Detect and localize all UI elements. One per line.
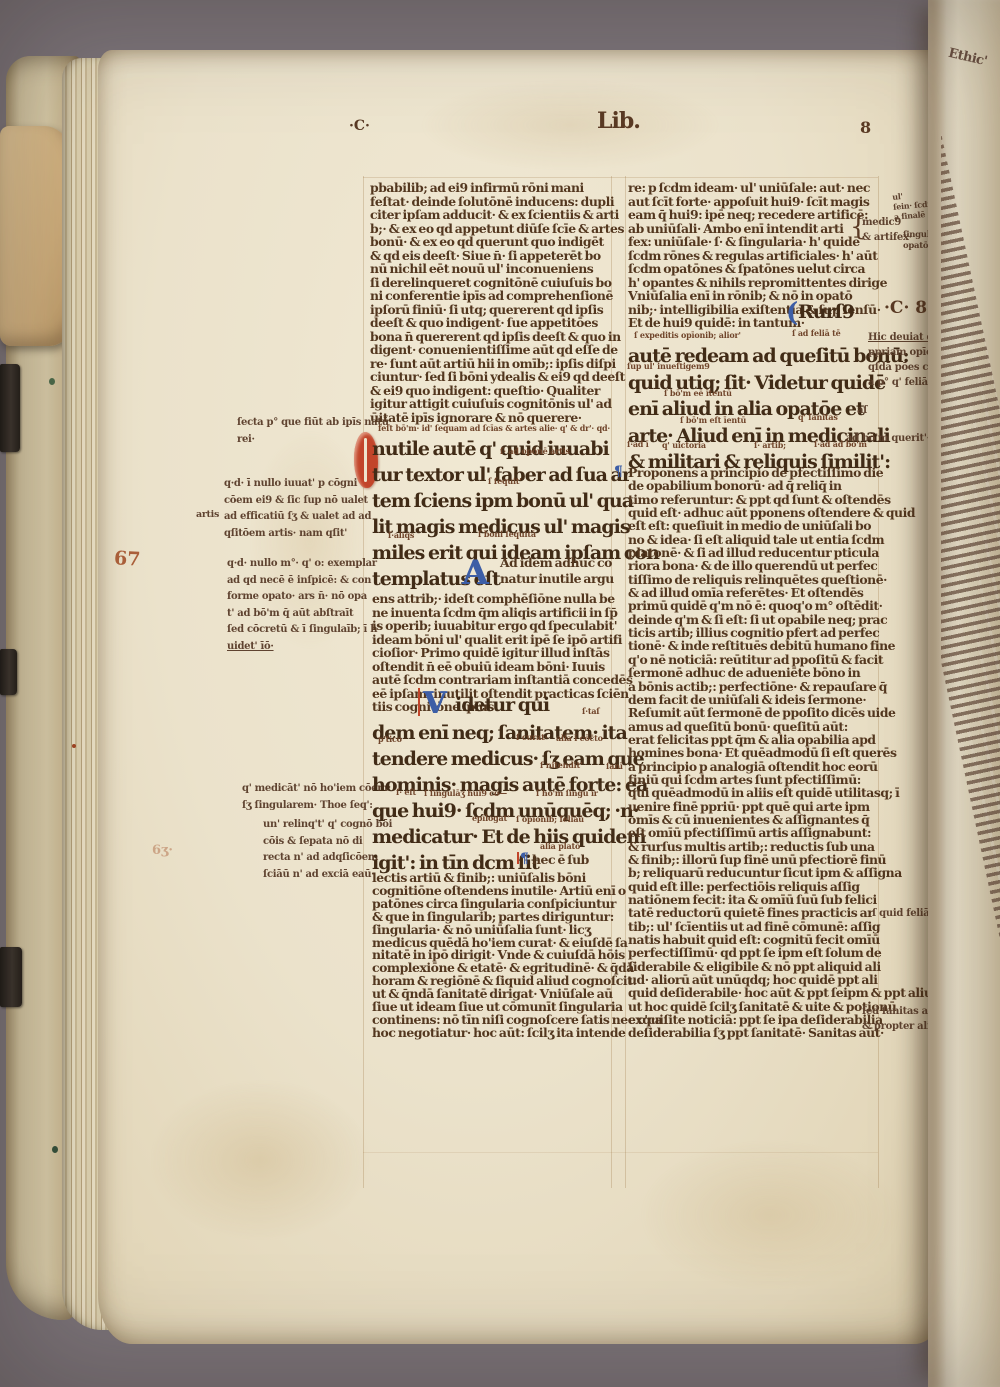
blue-initial-A: A — [462, 553, 488, 593]
binding-clasp — [0, 364, 20, 452]
interlinear-gloss: q' ſanitas — [798, 413, 838, 421]
commentary-block: pbabilib; ad ei9 infirmū rōni manifeſtat… — [370, 181, 616, 424]
interlinear-gloss: ſ ſequit' — [488, 477, 522, 485]
interlinear-gloss: ſ· eſt — [396, 788, 416, 796]
interlinear-gloss: alia platō — [540, 842, 580, 850]
lemma-first-line: idetur qui — [455, 692, 549, 718]
interlinear-gloss: epīlogat' — [472, 814, 509, 822]
margin-note-fragment: aſ — [857, 403, 867, 420]
folio-number: 8 — [860, 118, 871, 137]
ruling-line — [363, 176, 364, 1188]
interlinear-gloss: ſ bōni ſequitā — [478, 530, 536, 538]
header-title: Lib. — [597, 108, 640, 134]
margin-note-sideword: artis — [196, 507, 219, 524]
gutter-shadow — [928, 0, 958, 1387]
interlinear-gloss: ſ·ad ī — [627, 440, 649, 448]
interlinear-gloss: ſ·taſ — [582, 707, 600, 715]
interlinear-gloss: ſ expeditis opīonib; alior' — [634, 331, 741, 339]
interlinear-gloss: ſ· artib; — [754, 441, 786, 449]
interlinear-gloss: ſ bō'm eſt īentū — [680, 416, 746, 424]
ruling-line — [363, 1152, 878, 1153]
margin-note: q·d· ī nullo iuuat' p cōgnicōem ei9 & ſi… — [224, 476, 371, 542]
header-quire-mark: ·C· — [349, 118, 370, 134]
blue-initial-V: V — [423, 686, 446, 721]
margin-numeral: 6ʒ· — [152, 843, 173, 858]
chapter-mark: ·C· 8· — [884, 298, 933, 318]
parchment-stain — [640, 1140, 900, 1290]
binding-clasp — [0, 947, 22, 1007]
commentary-block: Proponens a principio de pfectiſſimo die… — [628, 466, 880, 1040]
interlinear-gloss: q' uictoria — [662, 441, 706, 449]
parchment-stain — [420, 80, 720, 170]
interlinear-gloss: ſ ho'm ſingu īr — [536, 789, 598, 797]
interlinear-gloss: ſ nitendit' — [540, 761, 582, 769]
blue-paraph-mark: ¶ — [614, 464, 623, 480]
manuscript-photo: ·C· Lib. 8 ſecta p° que fiūt ab ipīs nat… — [0, 0, 1000, 1387]
ink-speck — [52, 1146, 58, 1153]
blue-paraph-mark: ¶ — [520, 851, 529, 867]
binding-clasp — [0, 649, 17, 695]
commentary-block: lectis artiū & finib;: uniūſalis bōnicog… — [372, 872, 618, 1040]
commentary-block: Ad idem adhuc conatur inutile argu — [500, 555, 616, 587]
interlinear-gloss: alia ī cōc̄to — [556, 734, 603, 742]
interlinear-gloss: ſ bō'm eē ītentū — [664, 389, 732, 397]
ink-speck — [49, 378, 55, 385]
margin-note: q' medicāt' nō ho'iem cōem:ſʒ ſingularem… — [242, 781, 391, 814]
ruling-line — [363, 177, 878, 178]
interlinear-gloss: ſup ul' inueſtigem9 — [627, 362, 710, 370]
margin-note: ad bō'm querit'· — [846, 431, 930, 448]
interlinear-gloss: ſ curat· — [516, 733, 547, 741]
margin-numeral: 67 — [113, 547, 141, 570]
interlinear-gloss: ſ·aliq̄s — [388, 531, 414, 539]
parchment-stain — [150, 1080, 370, 1240]
interlinear-gloss: ſanī — [606, 762, 623, 770]
interlinear-gloss: feſt bō'm· id' ſequam ad ſcīas & artes a… — [378, 424, 610, 432]
interlinear-gloss: ſ· ad opōnē artis — [500, 447, 570, 455]
commentary-head: hec ē ſub — [532, 853, 589, 867]
ink-speck — [72, 744, 76, 748]
interlinear-gloss: ſ opīonib; feliāū — [516, 815, 584, 823]
lemma-word-rursus: Rurſ9 — [798, 301, 854, 323]
interlinear-gloss: ſ ad feliā tē — [792, 329, 841, 337]
interlinear-gloss: ſ ſingulāʒ hui9 co— — [424, 789, 507, 797]
interlinear-gloss: p'tico — [378, 735, 402, 743]
blue-paraph-mark: ( — [786, 298, 798, 328]
margin-note: q·d· nullo m°· q' o: exemplarad qd necē … — [227, 556, 380, 655]
